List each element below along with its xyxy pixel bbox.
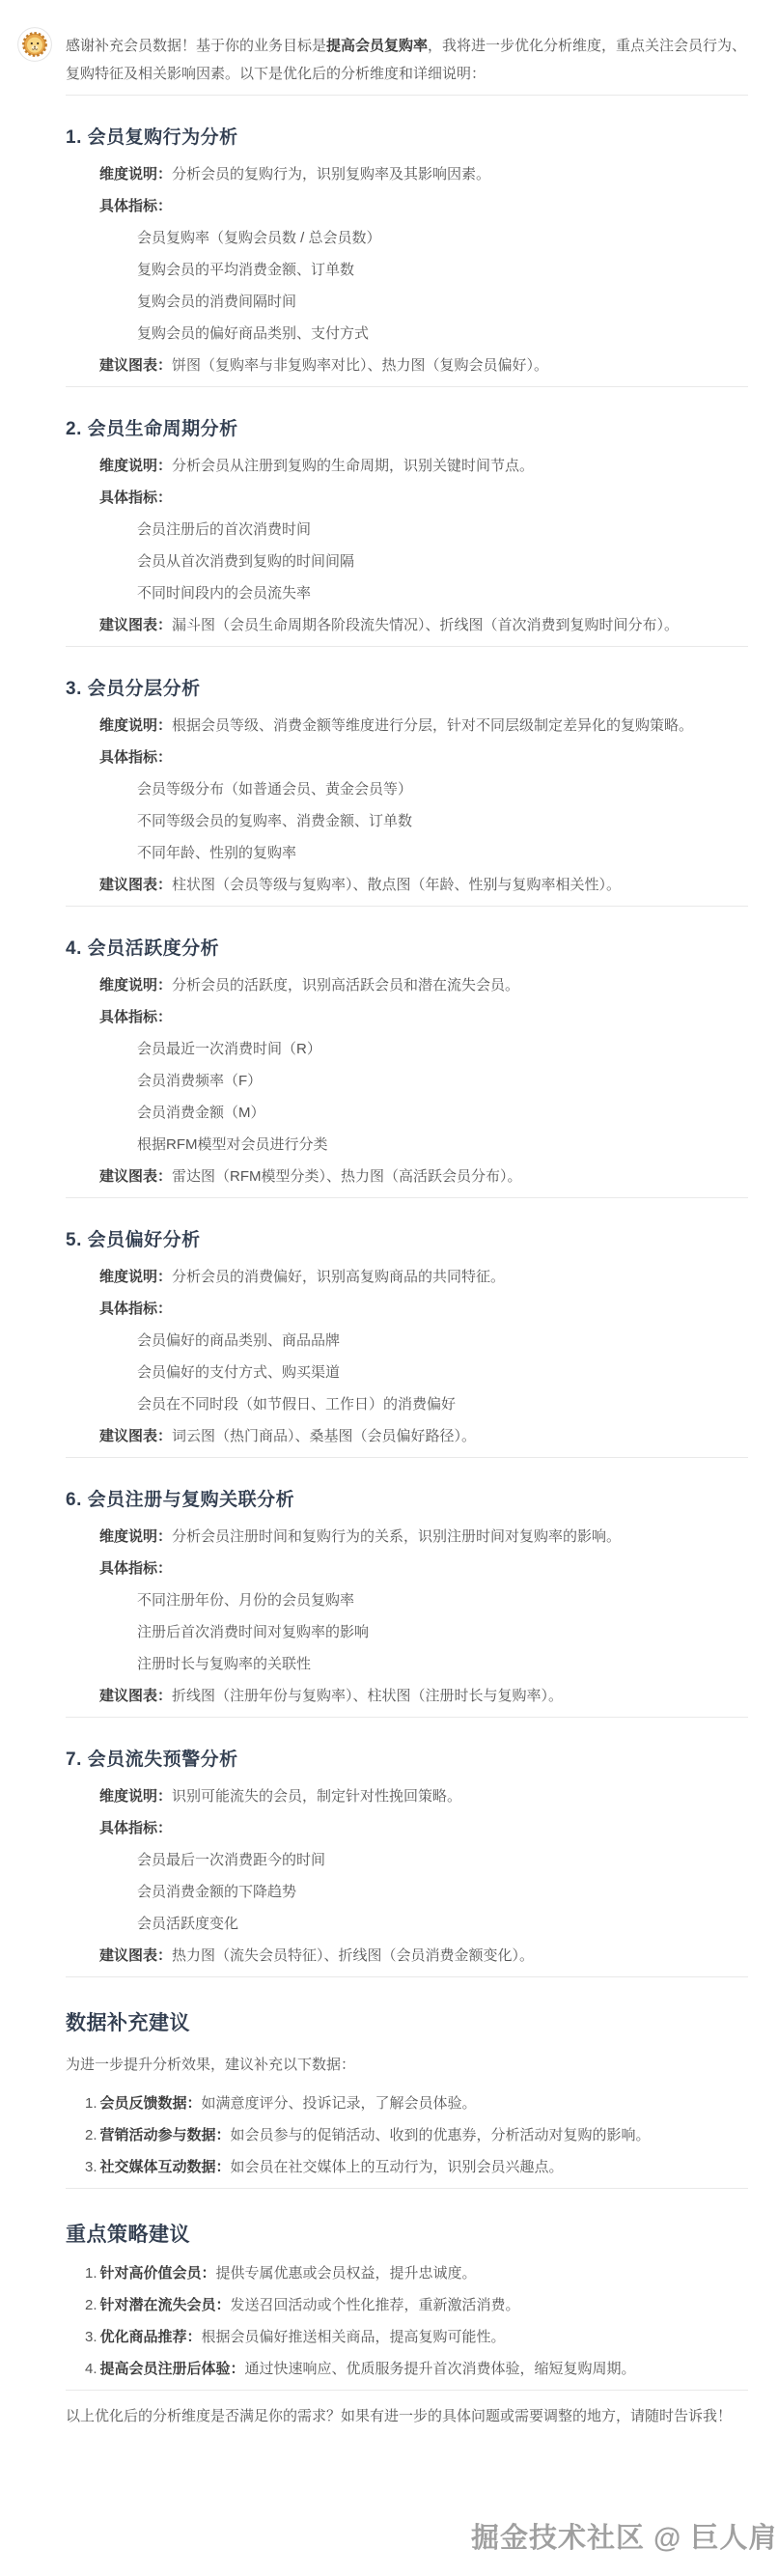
dimension-text: 识别可能流失的会员，制定针对性挽回策略。 (172, 1788, 461, 1805)
metrics-label: 具体指标： (99, 1301, 172, 1317)
section-rows: 维度说明：识别可能流失的会员，制定针对性挽回策略。 具体指标： 会员最后一次消费… (66, 1783, 748, 1970)
section-title: 5. 会员偏好分析 (66, 1229, 748, 1252)
metric-rows: 会员等级分布（如普通会员、黄金会员等）不同等级会员的复购率、消费金额、订单数不同… (66, 776, 748, 867)
chart-text: 雷达图（RFM模型分类）、热力图（高活跃会员分布）。 (172, 1168, 522, 1185)
dimension-label: 维度说明： (99, 717, 172, 734)
item-label: 提高会员注册后体验： (100, 2361, 245, 2377)
strategy-items: 1.针对高价值会员：提供专属优惠或会员权益，提升忠诚度。2.针对潜在流失会员：发… (66, 2260, 748, 2383)
chart-label: 建议图表： (99, 877, 172, 893)
metrics-label: 具体指标： (99, 490, 172, 506)
analysis-section: 5. 会员偏好分析 维度说明：分析会员的消费偏好，识别高复购商品的共同特征。 具… (66, 1229, 748, 1458)
chart-row: 建议图表：雷达图（RFM模型分类）、热力图（高活跃会员分布）。 (66, 1163, 748, 1190)
strategy-item: 3.优化商品推荐：根据会员偏好推送相关商品，提高复购可能性。 (66, 2324, 748, 2351)
supplement-intro: 为进一步提升分析效果，建议补充以下数据： (66, 2051, 748, 2079)
metric-rows: 会员最近一次消费时间（R）会员消费频率（F）会员消费金额（M）根据RFM模型对会… (66, 1036, 748, 1159)
chart-row: 建议图表：柱状图（会员等级与复购率）、散点图（年龄、性别与复购率相关性）。 (66, 872, 748, 899)
dimension-row: 维度说明：根据会员等级、消费金额等维度进行分层，针对不同层级制定差异化的复购策略… (66, 713, 748, 740)
chart-label: 建议图表： (99, 1688, 172, 1704)
item-label: 针对高价值会员： (100, 2265, 216, 2282)
chat-message: 感谢补充会员数据！基于你的业务目标是提高会员复购率，我将进一步优化分析维度，重点… (0, 0, 778, 2440)
metric-item: 会员注册后的首次消费时间 (66, 517, 748, 544)
dimension-row: 维度说明：分析会员的活跃度，识别高活跃会员和潜在流失会员。 (66, 972, 748, 999)
item-text: 发送召回活动或个性化推荐，重新激活消费。 (231, 2297, 520, 2313)
dimension-label: 维度说明： (99, 1269, 172, 1285)
metric-item: 不同等级会员的复购率、消费金额、订单数 (66, 808, 748, 835)
divider (66, 1717, 748, 1718)
metric-item: 会员消费金额的下降趋势 (66, 1879, 748, 1906)
chart-row: 建议图表：漏斗图（会员生命周期各阶段流失情况）、折线图（首次消费到复购时间分布）… (66, 612, 748, 639)
item-label: 营销活动参与数据： (100, 2127, 231, 2143)
metric-item: 复购会员的平均消费金额、订单数 (66, 257, 748, 284)
intro-paragraph: 感谢补充会员数据！基于你的业务目标是提高会员复购率，我将进一步优化分析维度，重点… (66, 32, 748, 88)
metric-item: 会员消费频率（F） (66, 1068, 748, 1095)
metric-item: 会员复购率（复购会员数 / 总会员数） (66, 225, 748, 252)
metrics-label-row: 具体指标： (66, 744, 748, 771)
item-number: 3. (85, 2329, 97, 2345)
dimension-text: 分析会员注册时间和复购行为的关系，识别注册时间对复购率的影响。 (172, 1528, 621, 1545)
metric-item: 会员活跃度变化 (66, 1911, 748, 1938)
chart-label: 建议图表： (99, 1428, 172, 1444)
chart-text: 饼图（复购率与非复购率对比）、热力图（复购会员偏好）。 (172, 357, 548, 374)
metric-item: 复购会员的消费间隔时间 (66, 289, 748, 316)
dimension-label: 维度说明： (99, 1788, 172, 1805)
analysis-section: 6. 会员注册与复购关联分析 维度说明：分析会员注册时间和复购行为的关系，识别注… (66, 1489, 748, 1718)
divider (66, 386, 748, 387)
item-text: 提供专属优惠或会员权益，提升忠诚度。 (216, 2265, 477, 2282)
dimension-row: 维度说明：分析会员的复购行为，识别复购率及其影响因素。 (66, 161, 748, 188)
watermark: 掘金技术社区 @ 巨人肩膀 (471, 2516, 778, 2556)
strategy-section: 重点策略建议 1.针对高价值会员：提供专属优惠或会员权益，提升忠诚度。2.针对潜… (66, 2222, 748, 2391)
chart-label: 建议图表： (99, 617, 172, 633)
divider (66, 1457, 748, 1458)
section-title: 1. 会员复购行为分析 (66, 126, 748, 150)
item-text: 如会员在社交媒体上的互动行为，识别会员兴趣点。 (231, 2159, 564, 2175)
item-number: 3. (85, 2159, 97, 2175)
chart-row: 建议图表：折线图（注册年份与复购率）、柱状图（注册时长与复购率）。 (66, 1683, 748, 1710)
section-title: 6. 会员注册与复购关联分析 (66, 1489, 748, 1512)
dimension-label: 维度说明： (99, 166, 172, 182)
metrics-label: 具体指标： (99, 198, 172, 214)
metric-item: 会员偏好的支付方式、购买渠道 (66, 1359, 748, 1386)
dimension-row: 维度说明：分析会员注册时间和复购行为的关系，识别注册时间对复购率的影响。 (66, 1524, 748, 1551)
metrics-label: 具体指标： (99, 1820, 172, 1836)
strategy-item: 4.提高会员注册后体验：通过快速响应、优质服务提升首次消费体验，缩短复购周期。 (66, 2356, 748, 2383)
dimension-text: 分析会员的复购行为，识别复购率及其影响因素。 (172, 166, 490, 182)
divider (66, 1976, 748, 1977)
dimension-text: 分析会员从注册到复购的生命周期，识别关键时间节点。 (172, 458, 534, 474)
item-number: 2. (85, 2297, 97, 2313)
divider (66, 646, 748, 647)
metrics-label: 具体指标： (99, 1560, 172, 1577)
analysis-section: 2. 会员生命周期分析 维度说明：分析会员从注册到复购的生命周期，识别关键时间节… (66, 418, 748, 647)
metric-item: 会员从首次消费到复购的时间间隔 (66, 548, 748, 575)
item-label: 针对潜在流失会员： (100, 2297, 231, 2313)
divider (66, 2390, 748, 2391)
metric-item: 不同时间段内的会员流失率 (66, 580, 748, 607)
strategy-item: 1.针对高价值会员：提供专属优惠或会员权益，提升忠诚度。 (66, 2260, 748, 2287)
analysis-section: 7. 会员流失预警分析 维度说明：识别可能流失的会员，制定针对性挽回策略。 具体… (66, 1749, 748, 1977)
item-number: 4. (85, 2361, 97, 2377)
closing-paragraph: 以上优化后的分析维度是否满足你的需求？如果有进一步的具体问题或需要调整的地方，请… (66, 2402, 748, 2430)
metric-rows: 不同注册年份、月份的会员复购率注册后首次消费时间对复购率的影响注册时长与复购率的… (66, 1587, 748, 1678)
section-title: 4. 会员活跃度分析 (66, 938, 748, 961)
chart-label: 建议图表： (99, 1947, 172, 1964)
analysis-sections: 1. 会员复购行为分析 维度说明：分析会员的复购行为，识别复购率及其影响因素。 … (66, 126, 748, 1977)
item-number: 1. (85, 2265, 97, 2282)
metric-item: 注册时长与复购率的关联性 (66, 1651, 748, 1678)
supplement-item: 1.会员反馈数据：如满意度评分、投诉记录，了解会员体验。 (66, 2090, 748, 2117)
chart-text: 折线图（注册年份与复购率）、柱状图（注册时长与复购率）。 (172, 1688, 563, 1704)
dimension-row: 维度说明：分析会员从注册到复购的生命周期，识别关键时间节点。 (66, 453, 748, 480)
dimension-label: 维度说明： (99, 458, 172, 474)
dimension-text: 分析会员的消费偏好，识别高复购商品的共同特征。 (172, 1269, 505, 1285)
chart-text: 词云图（热门商品）、桑基图（会员偏好路径）。 (172, 1428, 476, 1444)
item-text: 根据会员偏好推送相关商品，提高复购可能性。 (202, 2329, 506, 2345)
divider (66, 1197, 748, 1198)
chart-label: 建议图表： (99, 357, 172, 374)
metric-rows: 会员注册后的首次消费时间会员从首次消费到复购的时间间隔不同时间段内的会员流失率 (66, 517, 748, 607)
section-title: 2. 会员生命周期分析 (66, 418, 748, 441)
metrics-label-row: 具体指标： (66, 193, 748, 220)
metric-rows: 会员复购率（复购会员数 / 总会员数）复购会员的平均消费金额、订单数复购会员的消… (66, 225, 748, 348)
item-label: 会员反馈数据： (100, 2095, 202, 2112)
section-rows: 维度说明：分析会员从注册到复购的生命周期，识别关键时间节点。 具体指标： 会员注… (66, 453, 748, 639)
item-number: 2. (85, 2127, 97, 2143)
metric-item: 会员最后一次消费距今的时间 (66, 1847, 748, 1874)
supplement-title: 数据补充建议 (66, 2010, 748, 2037)
item-number: 1. (85, 2095, 97, 2112)
chart-row: 建议图表：热力图（流失会员特征）、折线图（会员消费金额变化）。 (66, 1943, 748, 1970)
dimension-row: 维度说明：识别可能流失的会员，制定针对性挽回策略。 (66, 1783, 748, 1810)
dimension-text: 根据会员等级、消费金额等维度进行分层，针对不同层级制定差异化的复购策略。 (172, 717, 693, 734)
metrics-label-row: 具体指标： (66, 485, 748, 512)
chart-row: 建议图表：词云图（热门商品）、桑基图（会员偏好路径）。 (66, 1423, 748, 1450)
chart-text: 漏斗图（会员生命周期各阶段流失情况）、折线图（首次消费到复购时间分布）。 (172, 617, 679, 633)
section-rows: 维度说明：根据会员等级、消费金额等维度进行分层，针对不同层级制定差异化的复购策略… (66, 713, 748, 899)
item-text: 如会员参与的促销活动、收到的优惠券，分析活动对复购的影响。 (231, 2127, 651, 2143)
supplement-section: 数据补充建议 为进一步提升分析效果，建议补充以下数据： 1.会员反馈数据：如满意… (66, 2010, 748, 2189)
analysis-section: 3. 会员分层分析 维度说明：根据会员等级、消费金额等维度进行分层，针对不同层级… (66, 678, 748, 907)
chart-text: 热力图（流失会员特征）、折线图（会员消费金额变化）。 (172, 1947, 534, 1964)
divider (66, 2188, 748, 2189)
item-label: 优化商品推荐： (100, 2329, 202, 2345)
divider (66, 906, 748, 907)
intro-text: 感谢补充会员数据！基于你的业务目标是 (66, 38, 326, 54)
chart-label: 建议图表： (99, 1168, 172, 1185)
section-rows: 维度说明：分析会员注册时间和复购行为的关系，识别注册时间对复购率的影响。 具体指… (66, 1524, 748, 1710)
strategy-item: 2.针对潜在流失会员：发送召回活动或个性化推荐，重新激活消费。 (66, 2292, 748, 2319)
supplement-items: 1.会员反馈数据：如满意度评分、投诉记录，了解会员体验。2.营销活动参与数据：如… (66, 2090, 748, 2181)
metric-rows: 会员最后一次消费距今的时间会员消费金额的下降趋势会员活跃度变化 (66, 1847, 748, 1938)
section-title: 3. 会员分层分析 (66, 678, 748, 701)
metric-item: 注册后首次消费时间对复购率的影响 (66, 1619, 748, 1646)
section-rows: 维度说明：分析会员的复购行为，识别复购率及其影响因素。 具体指标： 会员复购率（… (66, 161, 748, 379)
metrics-label-row: 具体指标： (66, 1004, 748, 1031)
chart-text: 柱状图（会员等级与复购率）、散点图（年龄、性别与复购率相关性）。 (172, 877, 621, 893)
item-label: 社交媒体互动数据： (100, 2159, 231, 2175)
section-title: 7. 会员流失预警分析 (66, 1749, 748, 1772)
metric-item: 会员偏好的商品类别、商品品牌 (66, 1328, 748, 1355)
metric-item: 不同注册年份、月份的会员复购率 (66, 1587, 748, 1614)
chart-row: 建议图表：饼图（复购率与非复购率对比）、热力图（复购会员偏好）。 (66, 352, 748, 379)
metrics-label-row: 具体指标： (66, 1815, 748, 1842)
metric-item: 会员等级分布（如普通会员、黄金会员等） (66, 776, 748, 803)
metric-rows: 会员偏好的商品类别、商品品牌会员偏好的支付方式、购买渠道会员在不同时段（如节假日… (66, 1328, 748, 1418)
metric-item: 会员最近一次消费时间（R） (66, 1036, 748, 1063)
item-text: 通过快速响应、优质服务提升首次消费体验，缩短复购周期。 (245, 2361, 636, 2377)
metrics-label: 具体指标： (99, 749, 172, 766)
metric-item: 不同年龄、性别的复购率 (66, 840, 748, 867)
metric-item: 会员消费金额（M） (66, 1100, 748, 1127)
supplement-item: 3.社交媒体互动数据：如会员在社交媒体上的互动行为，识别会员兴趣点。 (66, 2154, 748, 2181)
metric-item: 复购会员的偏好商品类别、支付方式 (66, 321, 748, 348)
item-text: 如满意度评分、投诉记录，了解会员体验。 (202, 2095, 477, 2112)
metric-item: 根据RFM模型对会员进行分类 (66, 1132, 748, 1159)
dimension-row: 维度说明：分析会员的消费偏好，识别高复购商品的共同特征。 (66, 1264, 748, 1291)
analysis-section: 1. 会员复购行为分析 维度说明：分析会员的复购行为，识别复购率及其影响因素。 … (66, 126, 748, 387)
dimension-text: 分析会员的活跃度，识别高活跃会员和潜在流失会员。 (172, 977, 519, 994)
analysis-section: 4. 会员活跃度分析 维度说明：分析会员的活跃度，识别高活跃会员和潜在流失会员。… (66, 938, 748, 1198)
divider (66, 95, 748, 96)
supplement-item: 2.营销活动参与数据：如会员参与的促销活动、收到的优惠券，分析活动对复购的影响。 (66, 2122, 748, 2149)
metrics-label-row: 具体指标： (66, 1296, 748, 1323)
intro-bold-goal: 提高会员复购率 (326, 38, 428, 54)
metrics-label-row: 具体指标： (66, 1555, 748, 1582)
metric-item: 会员在不同时段（如节假日、工作日）的消费偏好 (66, 1391, 748, 1418)
lion-avatar-icon (17, 27, 52, 62)
dimension-label: 维度说明： (99, 1528, 172, 1545)
metrics-label: 具体指标： (99, 1009, 172, 1025)
strategy-title: 重点策略建议 (66, 2222, 748, 2249)
section-rows: 维度说明：分析会员的消费偏好，识别高复购商品的共同特征。 具体指标： 会员偏好的… (66, 1264, 748, 1450)
dimension-label: 维度说明： (99, 977, 172, 994)
section-rows: 维度说明：分析会员的活跃度，识别高活跃会员和潜在流失会员。 具体指标： 会员最近… (66, 972, 748, 1190)
